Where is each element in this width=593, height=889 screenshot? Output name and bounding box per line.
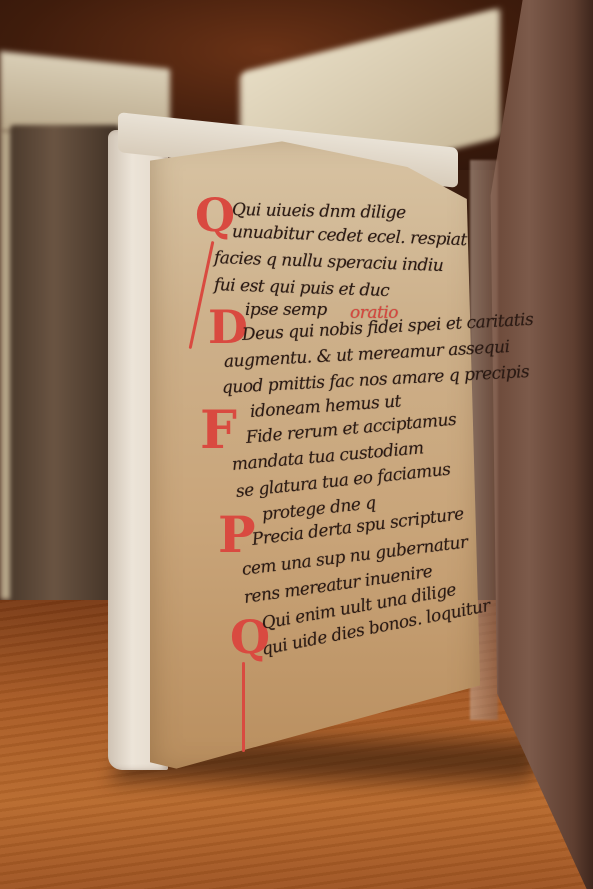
text-line: ipse semp (245, 300, 327, 320)
initial-descender (242, 662, 245, 752)
red-initial: Q (195, 188, 235, 242)
manuscript-photo: Q D F P Q Qui uiueis dnm dilige unuabitu… (0, 0, 593, 889)
red-initial: F (200, 400, 237, 461)
text-line: Qui uiueis dnm dilige (232, 200, 406, 223)
red-initial: P (218, 505, 256, 564)
background-dark-book (10, 125, 120, 630)
